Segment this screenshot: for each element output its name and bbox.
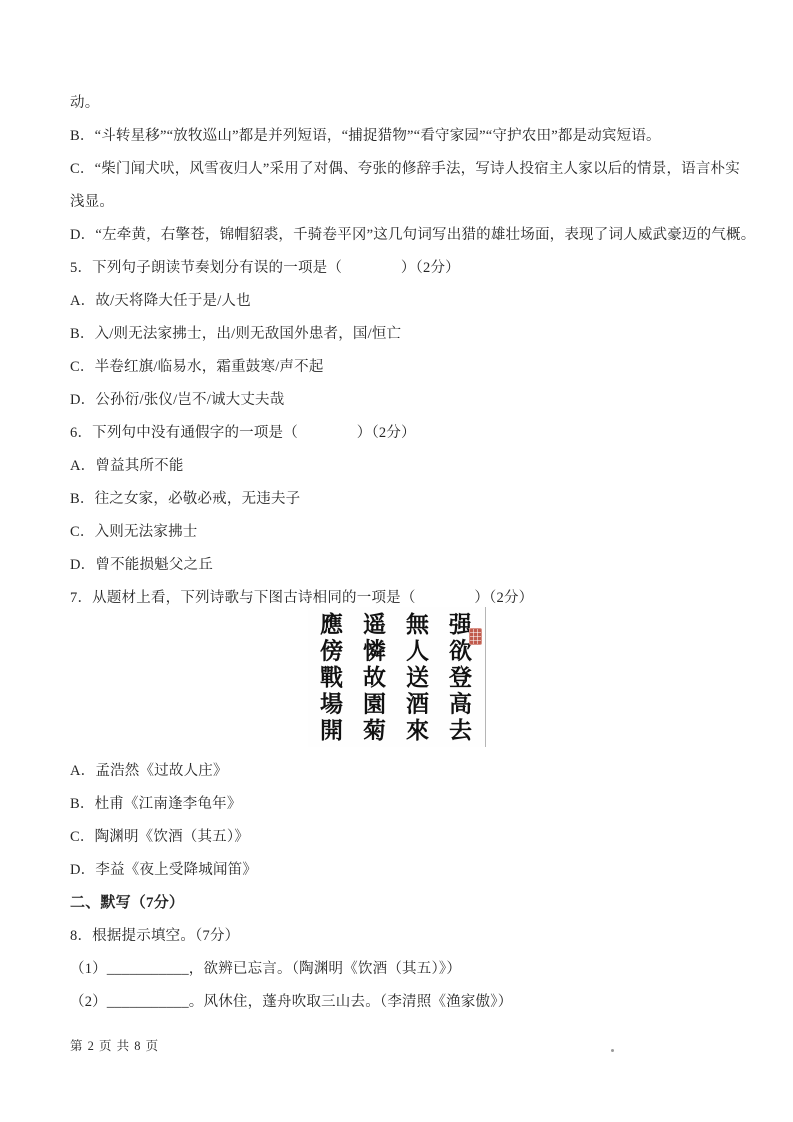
- q5-option-c: C．半卷红旗/临易水，霜重鼓寒/声不起: [70, 351, 727, 384]
- q4-option-c-wrap: 浅显。: [70, 186, 727, 219]
- page-footer: 第 2 页 共 8 页: [70, 1036, 159, 1054]
- text-line-continuation: 动。: [70, 87, 727, 120]
- q6-option-c: C．入则无法家拂士: [70, 516, 727, 549]
- q6-option-a: A．曾益其所不能: [70, 450, 727, 483]
- q7-option-c: C．陶渊明《饮酒（其五）》: [70, 821, 727, 854]
- document-content: 动。 B．“斗转星移”“放牧巡山”都是并列短语，“捕捉猎物”“看守家园”“守护农…: [0, 0, 793, 1019]
- q8-blank-1: （1）___________，欲辨已忘言。（陶渊明《饮酒（其五）》）: [70, 953, 727, 986]
- q7-option-a: A．孟浩然《过故人庄》: [70, 755, 727, 788]
- q5-option-a: A．故/天将降大任于是/人也: [70, 285, 727, 318]
- q7-option-b: B．杜甫《江南逢李龟年》: [70, 788, 727, 821]
- question-8: 8．根据提示填空。（7分）: [70, 920, 727, 953]
- stray-mark: [611, 1049, 614, 1052]
- question-5: 5．下列句子朗读节奏划分有误的一项是（ ）（2分）: [70, 252, 727, 285]
- document-page: 动。 B．“斗转星移”“放牧巡山”都是并列短语，“捕捉猎物”“看守家园”“守护农…: [0, 0, 793, 1122]
- q5-option-d: D．公孙衍/张仪/岂不/诚大丈夫哉: [70, 384, 727, 417]
- question-6: 6．下列句中没有通假字的一项是（ ）（2分）: [70, 417, 727, 450]
- poem-column: 遥憐故園菊: [351, 612, 394, 747]
- q6-option-b: B．往之女家，必敬必戒，无违夫子: [70, 483, 727, 516]
- seal-stamp: [469, 628, 482, 645]
- q6-option-d: D．曾不能损魁父之丘: [70, 549, 727, 582]
- q4-option-c: C．“柴门闻犬吠，风雪夜归人”采用了对偶、夸张的修辞手法，写诗人投宿主人家以后的…: [70, 153, 727, 186]
- q8-blank-2: （2）___________。风休住，蓬舟吹取三山去。（李清照《渔家傲》）: [70, 986, 727, 1019]
- q4-option-b: B．“斗转星移”“放牧巡山”都是并列短语，“捕捉猎物”“看守家园”“守护农田”都…: [70, 120, 727, 153]
- poem-column: 無人送酒來: [394, 612, 437, 747]
- q5-option-b: B．入/则无法家拂士，出/则无敌国外患者，国/恒亡: [70, 318, 727, 351]
- q7-option-d: D．李益《夜上受降城闻笛》: [70, 854, 727, 887]
- poem-column: 應傍戰場開: [308, 612, 351, 747]
- calligraphy-image: 强欲登高去 無人送酒來 遥憐故園菊 應傍戰場開: [308, 607, 486, 747]
- section-heading: 二、默写（7分）: [70, 887, 727, 920]
- poem-vertical-text: 强欲登高去 無人送酒來 遥憐故園菊 應傍戰場開: [308, 607, 486, 747]
- q4-option-d: D．“左牵黄，右擎苍，锦帽貂裘，千骑卷平冈”这几句词写出猎的雄壮场面，表现了词人…: [70, 219, 727, 252]
